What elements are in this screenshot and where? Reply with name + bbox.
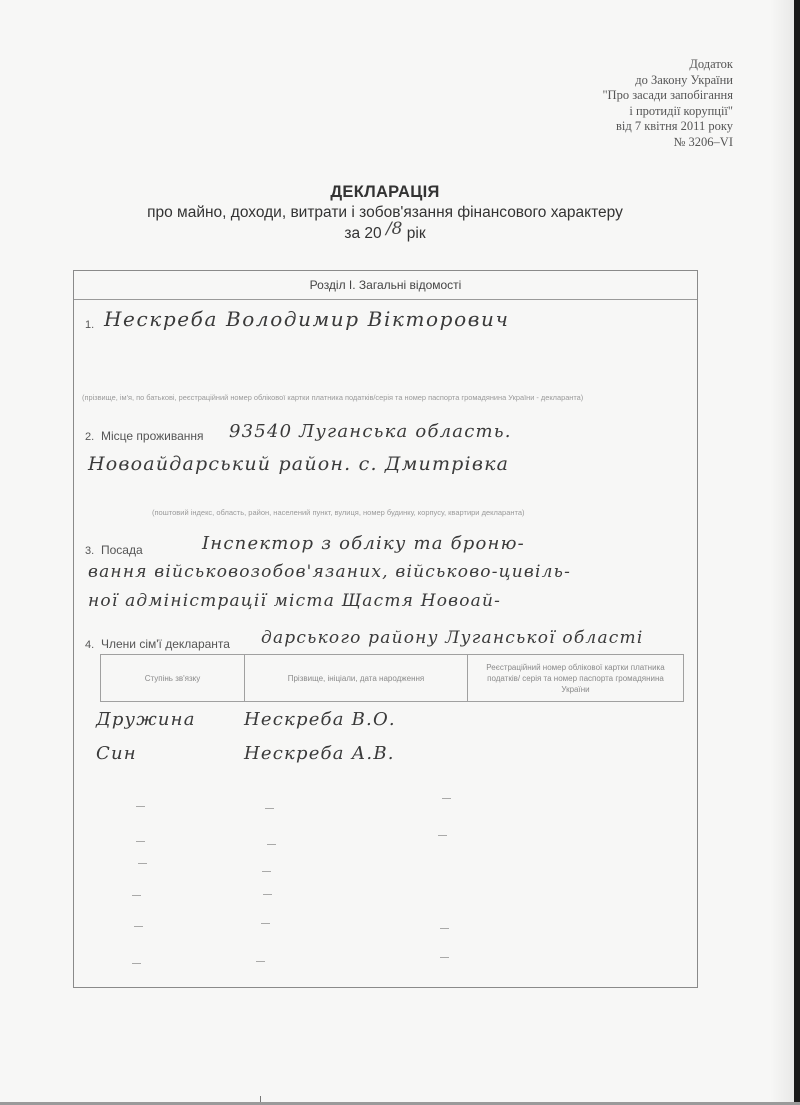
appendix-line: № 3206–VI [602,135,733,151]
appendix-line: Додаток [602,57,733,73]
year-handwritten: /8 [386,219,403,239]
item-1-hint: (прізвище, ім'я, по батькові, реєстрацій… [82,393,583,402]
family-row-2-relation[interactable]: Син [96,743,137,764]
item-4-number: 4. [85,639,94,651]
item-3-number: 3. [85,545,94,557]
section-general-info: Розділ І. Загальні відомості 1. Нескреба… [73,270,698,988]
residence-field-line2[interactable]: Новоайдарський район. с. Дмитрівка [88,453,509,475]
appendix-line: від 7 квітня 2011 року [602,119,733,135]
position-label: Посада [101,543,143,557]
item-2-hint: (поштовий індекс, область, район, населе… [152,508,525,517]
declaration-year: за 20 /8 рік [0,223,770,243]
empty-row-mark [442,798,451,799]
position-field-line3[interactable]: ної адміністрації міста Щастя Новоай- [88,591,501,611]
year-prefix: за 20 [344,225,381,242]
empty-row-mark [134,926,143,927]
empty-row-mark [440,928,449,929]
empty-row-mark [256,961,265,962]
column-header-name-dob: Прізвище, ініціали, дата народження [245,655,468,701]
empty-row-mark [132,895,141,896]
appendix-line: "Про засади запобігання [602,88,733,104]
empty-row-mark [262,871,271,872]
empty-row-mark [132,963,141,964]
family-row-2-name[interactable]: Нескреба А.В. [244,743,395,764]
empty-row-mark [265,808,274,809]
empty-row-mark [438,835,447,836]
empty-row-mark [136,806,145,807]
document-title: ДЕКЛАРАЦІЯ [0,183,770,202]
column-header-tax-id: Реєстраційний номер облікової картки пла… [468,655,683,701]
family-row-1-relation[interactable]: Дружина [96,709,196,730]
position-field-line2[interactable]: вання військовозобов'язаних, військово-ц… [88,562,571,582]
item-1-number: 1. [85,319,94,331]
item-2-number: 2. [85,431,94,443]
document-header: ДЕКЛАРАЦІЯ про майно, доходи, витрати і … [0,183,770,243]
appendix-line: і протидії корупції" [602,104,733,120]
empty-row-mark [440,957,449,958]
family-row-1-name[interactable]: Нескреба В.О. [244,709,396,730]
page-shadow [770,0,794,1105]
family-members-label: Члени сім'ї декларанта [101,637,230,651]
empty-row-mark [267,844,276,845]
empty-row-mark [136,841,145,842]
column-header-relation: Ступінь зв'язку [101,655,245,701]
residence-label: Місце проживання [101,429,204,443]
scan-artifact [260,1096,261,1102]
empty-row-mark [263,894,272,895]
empty-row-mark [138,863,147,864]
position-field-line1[interactable]: Інспектор з обліку та броню- [202,533,525,554]
appendix-line: до Закону України [602,73,733,89]
scan-edge [794,0,800,1105]
family-members-table: Ступінь зв'язку Прізвище, ініціали, дата… [100,654,684,702]
empty-row-mark [261,923,270,924]
appendix-reference: Додаток до Закону України "Про засади за… [602,57,733,150]
section-title: Розділ І. Загальні відомості [74,271,697,300]
year-suffix: рік [407,225,426,242]
position-field-line4[interactable]: дарського району Луганської області [261,628,643,648]
residence-field-line1[interactable]: 93540 Луганська область. [229,421,512,442]
declarant-name-field[interactable]: Нескреба Володимир Вікторович [104,307,510,331]
